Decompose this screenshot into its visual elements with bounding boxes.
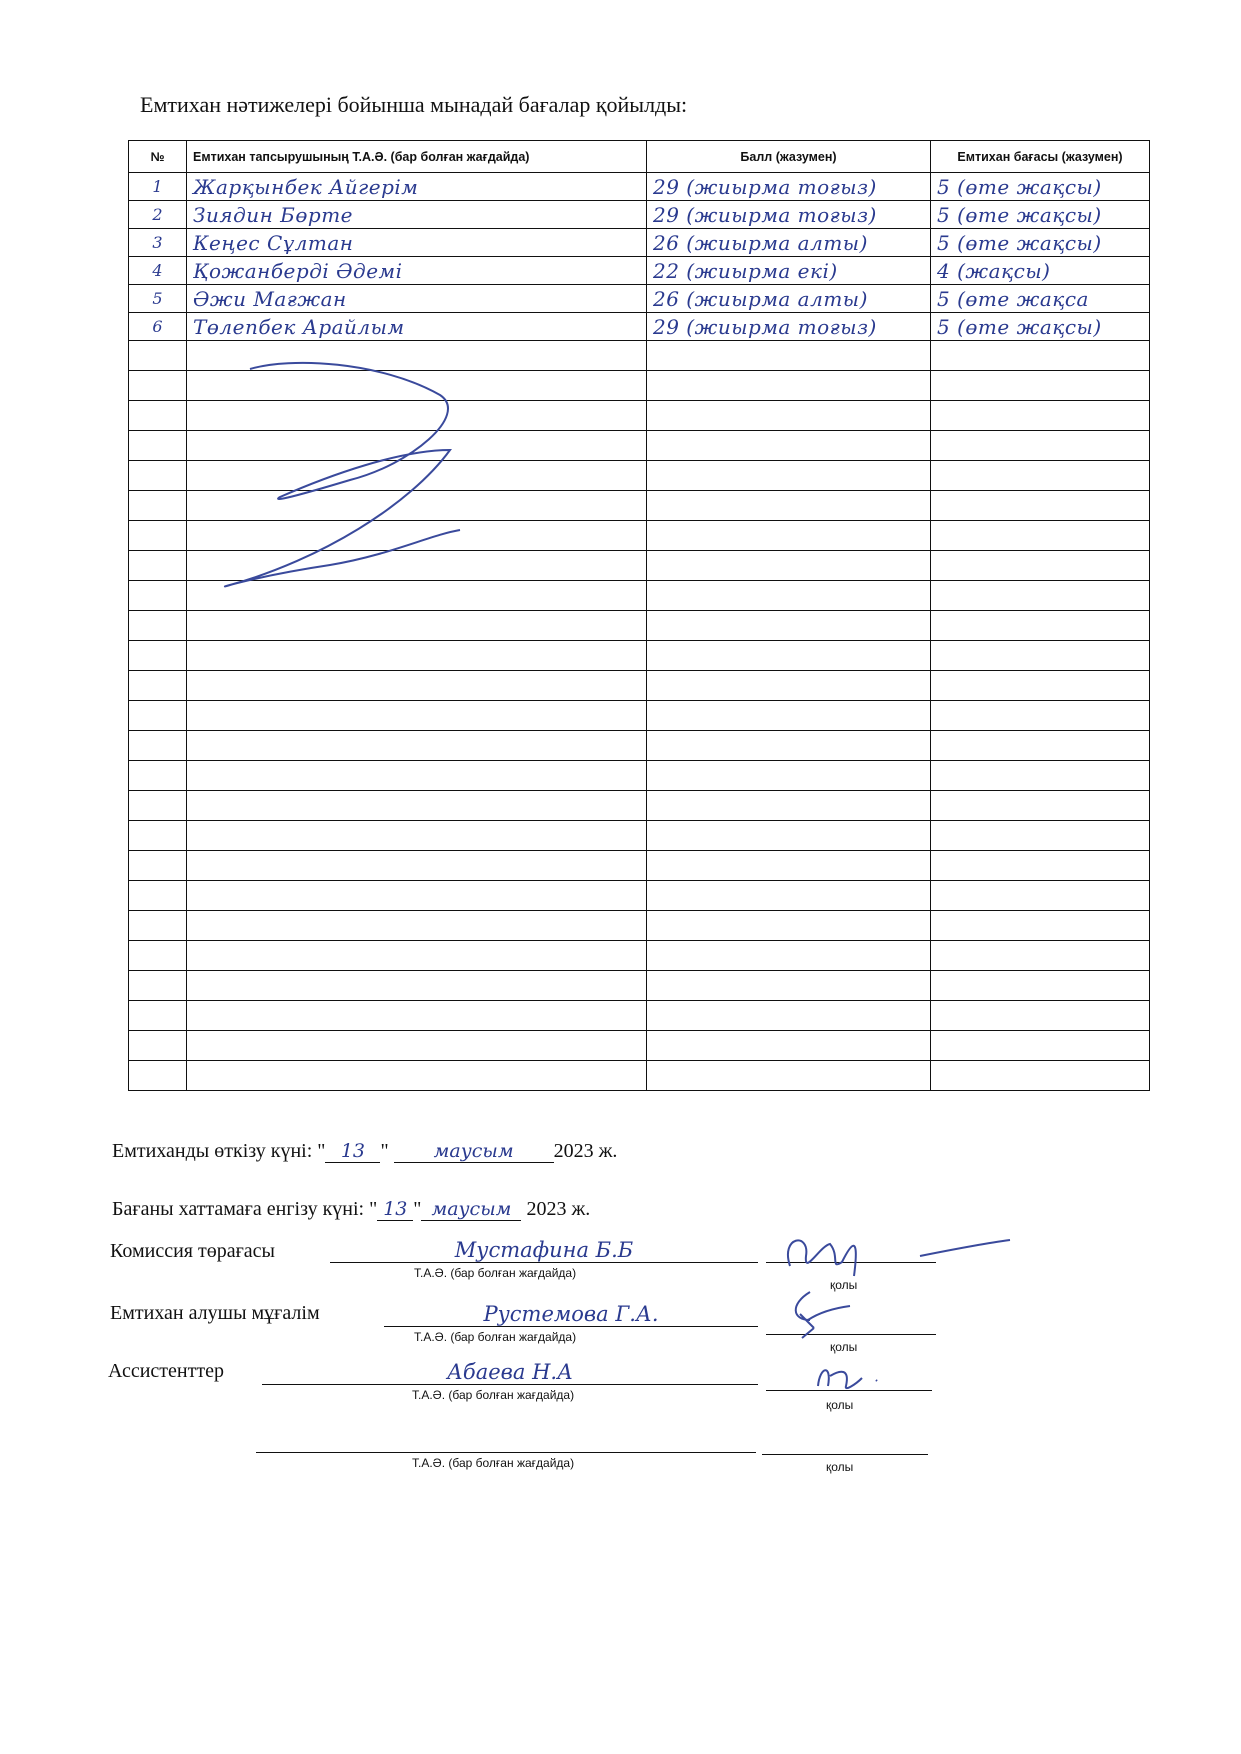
empty-table-row (129, 821, 1150, 851)
assistant-name-caption: Т.А.Ә. (бар болған жағдайда) (412, 1388, 574, 1402)
intro-text: Емтихан нәтижелері бойынша мынадай бағал… (140, 92, 687, 118)
empty-cell[interactable] (187, 611, 647, 641)
assistant-label: Ассистенттер (108, 1360, 224, 1383)
empty-cell[interactable] (187, 851, 647, 881)
empty-cell[interactable] (647, 821, 931, 851)
empty-cell[interactable] (931, 491, 1150, 521)
empty-cell[interactable] (129, 881, 187, 911)
chair-name-field[interactable]: Мустафина Б.Б (330, 1238, 758, 1263)
empty-cell[interactable] (129, 851, 187, 881)
empty-cell[interactable] (129, 551, 187, 581)
empty-cell[interactable] (647, 401, 931, 431)
empty-cell[interactable] (931, 431, 1150, 461)
empty-cell[interactable] (931, 1031, 1150, 1061)
empty-table-row (129, 521, 1150, 551)
empty-cell[interactable] (129, 671, 187, 701)
empty-table-row (129, 971, 1150, 1001)
empty-cell[interactable] (187, 941, 647, 971)
student-name[interactable]: Қожанберді Әдемі (187, 257, 647, 285)
header-score: Балл (жазумен) (647, 141, 931, 173)
empty-cell[interactable] (129, 761, 187, 791)
empty-cell[interactable] (187, 671, 647, 701)
empty-cell[interactable] (931, 341, 1150, 371)
empty-cell[interactable] (129, 911, 187, 941)
teacher-signature-mark (780, 1284, 870, 1344)
empty-cell[interactable] (187, 461, 647, 491)
empty-table-row (129, 551, 1150, 581)
entry-day-field[interactable]: 13 (377, 1198, 413, 1221)
empty-cell[interactable] (187, 881, 647, 911)
empty-cell[interactable] (647, 371, 931, 401)
empty-cell[interactable] (647, 431, 931, 461)
empty-cell[interactable] (647, 971, 931, 1001)
table-row: 4Қожанберді Әдемі22 (жиырма екі)4 (жақсы… (129, 257, 1150, 285)
empty-cell[interactable] (647, 581, 931, 611)
empty-cell[interactable] (187, 1031, 647, 1061)
row-number[interactable]: 6 (129, 313, 187, 341)
empty-cell[interactable] (647, 491, 931, 521)
exam-date-label: Емтиханды өткізу күні: " (112, 1140, 325, 1162)
empty-cell[interactable] (647, 911, 931, 941)
empty-cell[interactable] (647, 791, 931, 821)
row-number[interactable]: 2 (129, 201, 187, 229)
empty-table-row (129, 791, 1150, 821)
teacher-label: Емтихан алушы мұғалім (110, 1302, 320, 1325)
empty-cell[interactable] (931, 821, 1150, 851)
chair-signature-mark (770, 1226, 1020, 1286)
row-number[interactable]: 3 (129, 229, 187, 257)
empty-table-row (129, 761, 1150, 791)
row-number[interactable]: 5 (129, 285, 187, 313)
score-value[interactable]: 26 (жиырма алты) (647, 285, 931, 313)
empty-cell[interactable] (187, 371, 647, 401)
empty-cell[interactable] (647, 701, 931, 731)
exam-year: 2023 ж. (554, 1140, 618, 1162)
empty-cell[interactable] (931, 911, 1150, 941)
empty-cell[interactable] (931, 671, 1150, 701)
empty-cell[interactable] (129, 491, 187, 521)
grade-value[interactable]: 5 (өте жақсы) (931, 313, 1150, 341)
empty-cell[interactable] (187, 491, 647, 521)
student-name[interactable]: Кеңес Сұлтан (187, 229, 647, 257)
empty-cell[interactable] (931, 851, 1150, 881)
table-row: 2Зиядин Бөрте29 (жиырма тоғыз)5 (өте жақ… (129, 201, 1150, 229)
row-number[interactable]: 4 (129, 257, 187, 285)
empty-cell[interactable] (129, 1031, 187, 1061)
score-value[interactable]: 29 (жиырма тоғыз) (647, 173, 931, 201)
empty-table-row (129, 881, 1150, 911)
grade-value[interactable]: 5 (өте жақсы) (931, 229, 1150, 257)
table-row: 3Кеңес Сұлтан26 (жиырма алты)5 (өте жақс… (129, 229, 1150, 257)
empty-cell[interactable] (647, 1031, 931, 1061)
empty-cell[interactable] (129, 701, 187, 731)
empty-cell[interactable] (647, 671, 931, 701)
empty-cell[interactable] (187, 1001, 647, 1031)
extra-name-caption: Т.А.Ә. (бар болған жағдайда) (412, 1456, 574, 1470)
empty-cell[interactable] (931, 881, 1150, 911)
empty-cell[interactable] (931, 641, 1150, 671)
empty-table-row (129, 671, 1150, 701)
empty-table-row (129, 911, 1150, 941)
empty-cell[interactable] (647, 461, 931, 491)
empty-cell[interactable] (647, 341, 931, 371)
empty-cell[interactable] (129, 341, 187, 371)
empty-cell[interactable] (187, 401, 647, 431)
empty-cell[interactable] (647, 611, 931, 641)
exam-day-field[interactable]: 13 (325, 1140, 380, 1163)
table-row: 1Жарқынбек Айгерім29 (жиырма тоғыз)5 (өт… (129, 173, 1150, 201)
entry-date-line: Бағаны хаттамаға енгізу күні: "13"маусым… (112, 1198, 590, 1221)
table-header-row: № Емтихан тапсырушының Т.А.Ә. (бар болға… (129, 141, 1150, 173)
empty-cell[interactable] (931, 761, 1150, 791)
empty-cell[interactable] (129, 431, 187, 461)
exam-month-field[interactable]: маусым (394, 1140, 554, 1163)
chair-name-caption: Т.А.Ә. (бар болған жағдайда) (414, 1266, 576, 1280)
teacher-name-field[interactable]: Рустемова Г.А. (384, 1302, 758, 1327)
empty-table-row (129, 491, 1150, 521)
empty-cell[interactable] (931, 581, 1150, 611)
empty-table-row (129, 701, 1150, 731)
score-value[interactable]: 26 (жиырма алты) (647, 229, 931, 257)
empty-cell[interactable] (129, 821, 187, 851)
empty-table-row (129, 581, 1150, 611)
empty-cell[interactable] (129, 791, 187, 821)
empty-cell[interactable] (931, 701, 1150, 731)
entry-date-label: Бағаны хаттамаға енгізу күні: " (112, 1198, 377, 1220)
empty-cell[interactable] (129, 521, 187, 551)
empty-cell[interactable] (187, 821, 647, 851)
assistant-sign-caption: қолы (826, 1398, 853, 1412)
empty-cell[interactable] (187, 341, 647, 371)
exam-date-line: Емтиханды өткізу күні: "13" маусым2023 ж… (112, 1140, 617, 1163)
header-grade: Емтихан бағасы (жазумен) (931, 141, 1150, 173)
empty-cell[interactable] (647, 761, 931, 791)
empty-cell[interactable] (129, 401, 187, 431)
grade-value[interactable]: 5 (өте жақсы) (931, 201, 1150, 229)
empty-cell[interactable] (647, 881, 931, 911)
empty-cell[interactable] (647, 1061, 931, 1091)
empty-table-row (129, 431, 1150, 461)
grade-value[interactable]: 5 (өте жақсы) (931, 173, 1150, 201)
empty-cell[interactable] (129, 371, 187, 401)
empty-cell[interactable] (647, 641, 931, 671)
empty-cell[interactable] (931, 371, 1150, 401)
empty-cell[interactable] (931, 791, 1150, 821)
quote-mark: " (380, 1140, 388, 1162)
grade-value[interactable]: 4 (жақсы) (931, 257, 1150, 285)
empty-cell[interactable] (129, 461, 187, 491)
empty-cell[interactable] (187, 1061, 647, 1091)
empty-cell[interactable] (187, 521, 647, 551)
empty-cell[interactable] (931, 521, 1150, 551)
student-name[interactable]: Төлепбек Арайлым (187, 313, 647, 341)
empty-cell[interactable] (931, 401, 1150, 431)
empty-cell[interactable] (931, 731, 1150, 761)
score-value[interactable]: 29 (жиырма тоғыз) (647, 201, 931, 229)
empty-table-row (129, 371, 1150, 401)
extra-assistant-name-field[interactable] (256, 1428, 756, 1453)
empty-cell[interactable] (931, 461, 1150, 491)
empty-cell[interactable] (187, 761, 647, 791)
assistant-signature-mark (810, 1356, 890, 1396)
empty-cell[interactable] (129, 611, 187, 641)
assistant-name-field[interactable]: Абаева Н.А (262, 1360, 758, 1385)
empty-cell[interactable] (129, 641, 187, 671)
empty-table-row (129, 941, 1150, 971)
empty-cell[interactable] (187, 431, 647, 461)
empty-cell[interactable] (187, 731, 647, 761)
empty-cell[interactable] (647, 851, 931, 881)
header-number: № (129, 141, 187, 173)
empty-table-row (129, 401, 1150, 431)
empty-cell[interactable] (931, 1061, 1150, 1091)
quote-mark: " (413, 1198, 421, 1220)
empty-cell[interactable] (931, 611, 1150, 641)
empty-table-row (129, 1001, 1150, 1031)
row-number[interactable]: 1 (129, 173, 187, 201)
extra-sign-caption: қолы (826, 1460, 853, 1474)
empty-cell[interactable] (187, 641, 647, 671)
chair-label: Комиссия төрағасы (110, 1240, 275, 1263)
score-value[interactable]: 22 (жиырма екі) (647, 257, 931, 285)
empty-cell[interactable] (647, 521, 931, 551)
empty-cell[interactable] (129, 731, 187, 761)
empty-table-row (129, 611, 1150, 641)
entry-month-field[interactable]: маусым (421, 1198, 521, 1221)
empty-cell[interactable] (187, 791, 647, 821)
empty-cell[interactable] (931, 941, 1150, 971)
empty-table-row (129, 851, 1150, 881)
empty-cell[interactable] (931, 971, 1150, 1001)
teacher-name-caption: Т.А.Ә. (бар болған жағдайда) (414, 1330, 576, 1344)
grade-value[interactable]: 5 (өте жақса (931, 285, 1150, 313)
empty-cell[interactable] (129, 971, 187, 1001)
empty-cell[interactable] (129, 581, 187, 611)
empty-table-row (129, 1061, 1150, 1091)
empty-table-row (129, 461, 1150, 491)
empty-table-row (129, 641, 1150, 671)
student-name[interactable]: Зиядин Бөрте (187, 201, 647, 229)
empty-cell[interactable] (187, 971, 647, 1001)
empty-table-row (129, 341, 1150, 371)
empty-table-row (129, 731, 1150, 761)
empty-cell[interactable] (129, 1061, 187, 1091)
empty-cell[interactable] (931, 1001, 1150, 1031)
entry-year: 2023 ж. (526, 1198, 590, 1220)
table-row: 5Әжи Мағжан26 (жиырма алты)5 (өте жақса (129, 285, 1150, 313)
empty-cell[interactable] (187, 701, 647, 731)
empty-cell[interactable] (187, 551, 647, 581)
extra-signature-field[interactable] (762, 1430, 928, 1455)
empty-table-row (129, 1031, 1150, 1061)
empty-cell[interactable] (647, 1001, 931, 1031)
empty-cell[interactable] (647, 731, 931, 761)
empty-cell[interactable] (187, 581, 647, 611)
empty-cell[interactable] (187, 911, 647, 941)
empty-cell[interactable] (647, 941, 931, 971)
results-table: № Емтихан тапсырушының Т.А.Ә. (бар болға… (128, 140, 1150, 1091)
empty-cell[interactable] (129, 1001, 187, 1031)
header-name: Емтихан тапсырушының Т.А.Ә. (бар болған … (187, 141, 647, 173)
empty-cell[interactable] (647, 551, 931, 581)
table-row: 6Төлепбек Арайлым29 (жиырма тоғыз)5 (өте… (129, 313, 1150, 341)
score-value[interactable]: 29 (жиырма тоғыз) (647, 313, 931, 341)
empty-cell[interactable] (129, 941, 187, 971)
student-name[interactable]: Жарқынбек Айгерім (187, 173, 647, 201)
empty-cell[interactable] (931, 551, 1150, 581)
student-name[interactable]: Әжи Мағжан (187, 285, 647, 313)
